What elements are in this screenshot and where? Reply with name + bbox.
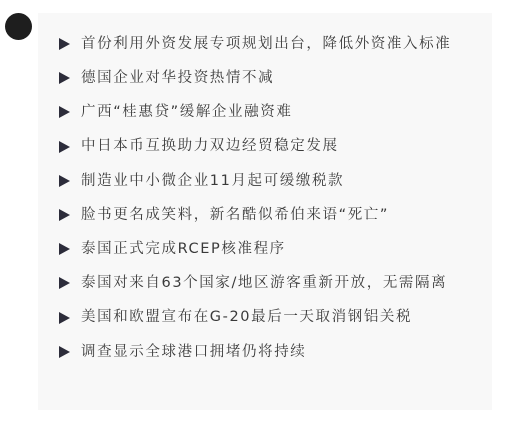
headline-item[interactable]: 泰国正式完成RCEP核准程序	[59, 232, 451, 266]
triangle-right-icon	[59, 277, 70, 289]
headline-text: 脸书更名成笑料，新名酷似希伯来语“死亡”	[81, 208, 389, 223]
headline-item[interactable]: 德国企业对华投资热情不减	[59, 61, 451, 95]
headline-list: 首份利用外资发展专项规划出台，降低外资准入标准 德国企业对华投资热情不减 广西“…	[59, 27, 451, 369]
headline-text: 首份利用外资发展专项规划出台，降低外资准入标准	[81, 37, 451, 52]
headline-item[interactable]: 制造业中小微企业11月起可缓缴税款	[59, 164, 451, 198]
triangle-right-icon	[59, 38, 70, 50]
headline-text: 制造业中小微企业11月起可缓缴税款	[81, 174, 344, 189]
triangle-right-icon	[59, 175, 70, 187]
triangle-right-icon	[59, 243, 70, 255]
headline-text: 广西“桂惠贷”缓解企业融资难	[81, 105, 292, 120]
headline-item[interactable]: 中日本币互换助力双边经贸稳定发展	[59, 130, 451, 164]
headline-text: 德国企业对华投资热情不减	[81, 71, 274, 86]
headline-item[interactable]: 美国和欧盟宣布在G-20最后一天取消钢铝关税	[59, 301, 451, 335]
headline-text: 美国和欧盟宣布在G-20最后一天取消钢铝关税	[81, 310, 412, 325]
headline-item[interactable]: 广西“桂惠贷”缓解企业融资难	[59, 95, 451, 129]
triangle-right-icon	[59, 312, 70, 324]
headline-item[interactable]: 泰国对来自63个国家/地区游客重新开放，无需隔离	[59, 266, 451, 300]
triangle-right-icon	[59, 106, 70, 118]
triangle-right-icon	[59, 346, 70, 358]
triangle-right-icon	[59, 72, 70, 84]
headline-item[interactable]: 脸书更名成笑料，新名酷似希伯来语“死亡”	[59, 198, 451, 232]
headline-item[interactable]: 首份利用外资发展专项规划出台，降低外资准入标准	[59, 27, 451, 61]
headline-text: 泰国正式完成RCEP核准程序	[81, 242, 286, 257]
headline-text: 泰国对来自63个国家/地区游客重新开放，无需隔离	[81, 276, 447, 291]
triangle-right-icon	[59, 209, 70, 221]
headline-text: 调查显示全球港口拥堵仍将持续	[81, 345, 306, 360]
triangle-right-icon	[59, 141, 70, 153]
news-digest: 首份利用外资发展专项规划出台，降低外资准入标准 德国企业对华投资热情不减 广西“…	[0, 0, 512, 423]
headline-text: 中日本币互换助力双边经贸稳定发展	[81, 139, 339, 154]
circle-marker-icon	[5, 13, 32, 40]
headline-item[interactable]: 调查显示全球港口拥堵仍将持续	[59, 335, 451, 369]
